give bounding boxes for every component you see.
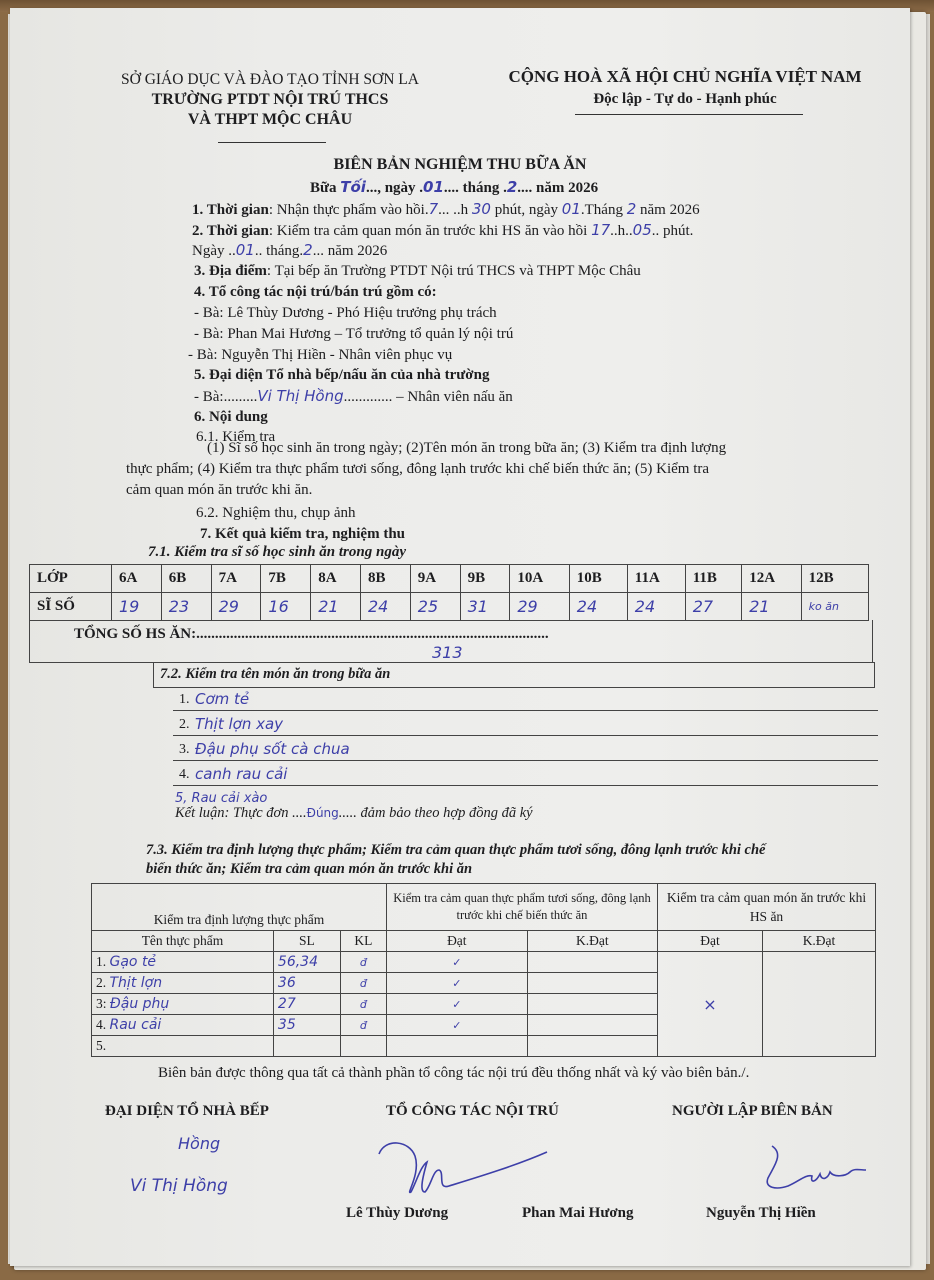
food-name-cell: 2. Thịt lợn — [92, 973, 274, 994]
t73-sub-header: Tên thực phẩm SL KL Đạt K.Đạt Đạt K.Đạt — [92, 931, 876, 952]
fresh-pass-mark — [387, 1036, 528, 1057]
class-name-cell: 6B — [161, 565, 211, 593]
class-row-label: LỚP — [30, 565, 112, 593]
group-fresh-header: Kiểm tra cảm quan thực phẩm tươi sống, đ… — [387, 884, 658, 931]
dish-number: 1. — [179, 692, 190, 708]
dish-number: 4. — [179, 767, 190, 783]
section-7-2-title: 7.2. Kiểm tra tên món ăn trong bữa ăn — [160, 666, 390, 683]
school-name-line2: VÀ THPT MỘC CHÂU — [120, 110, 420, 130]
food-number: 5. — [96, 1038, 106, 1053]
kitchen-sign-title: ĐẠI DIỆN TỔ NHÀ BẾP — [105, 1103, 269, 1120]
author-signature — [750, 1140, 870, 1195]
member-1: - Bà: Lê Thùy Dương - Phó Hiệu trưởng ph… — [194, 304, 497, 323]
meal-pass-mark: × — [658, 952, 763, 1057]
class-name-cell: 11A — [627, 565, 685, 593]
section-7-3-title-line2: biến thức ăn; Kiểm tra cảm quan món ăn t… — [146, 861, 472, 878]
dish-name: canh rau cải — [195, 765, 287, 783]
section-2-label: 2. Thời gian — [192, 223, 269, 239]
location-text: : Tại bếp ăn Trường PTDT Nội trú THCS và… — [267, 263, 641, 279]
check-minute: 05 — [633, 221, 652, 239]
class-count-cell: 21 — [311, 593, 361, 621]
class-name-cell: 10A — [510, 565, 569, 593]
class-count-cell: ko ăn — [801, 593, 868, 621]
class-count-table: LỚP 6A6B7A7B8A8B9A9B10A10B11A11B12A12B S… — [29, 564, 869, 621]
food-sl: 35 — [273, 1015, 340, 1036]
section-6-2: 6.2. Nghiệm thu, chụp ảnh — [196, 504, 356, 523]
food-inspection-table: Kiểm tra định lượng thực phẩm Kiểm tra c… — [91, 883, 876, 1057]
kitchen-signature: Hồng — [178, 1134, 220, 1153]
total-students-box: TỔNG SỐ HS ĂN:..........................… — [29, 620, 873, 663]
food-sl: 56,34 — [273, 952, 340, 973]
class-name-cell: 9A — [410, 565, 460, 593]
section-1-label: 1. Thời gian — [192, 202, 269, 218]
dish-number: 3. — [179, 742, 190, 758]
meal-label: Bữa — [310, 180, 337, 196]
dish-name: Đậu phụ sốt cà chua — [195, 740, 350, 758]
meal-date-line: Bữa Tối..., ngày .01.... tháng .2.... nă… — [310, 178, 598, 197]
receive-month: 2 — [627, 200, 637, 218]
conclusion-value: Đúng — [307, 806, 339, 820]
extra-dish: 5, Rau cải xào — [175, 791, 267, 806]
food-row: 1. Gạo tẻ56,34đ✓× — [92, 952, 876, 973]
day-value: 01 — [423, 178, 444, 196]
col-meal-pass: Đạt — [658, 931, 763, 952]
t73-group-header: Kiểm tra định lượng thực phẩm Kiểm tra c… — [92, 884, 876, 931]
col-kl: KL — [340, 931, 386, 952]
author-name: Nguyễn Thị Hiền — [706, 1205, 816, 1222]
section-4-label: 4. Tổ công tác nội trú/bán trú gồm có: — [194, 283, 437, 302]
section-5-label: 5. Đại diện Tổ nhà bếp/nấu ăn của nhà tr… — [194, 366, 489, 385]
committee-sign-title: TỔ CÔNG TÁC NỘI TRÚ — [386, 1103, 559, 1120]
food-kl: đ — [340, 973, 386, 994]
closing-statement: Biên bản được thông qua tất cả thành phầ… — [158, 1064, 749, 1083]
class-row: LỚP 6A6B7A7B8A8B9A9B10A10B11A11B12A12B — [30, 565, 869, 593]
dish-number: 2. — [179, 717, 190, 733]
nation-motto: Độc lập - Tự do - Hạnh phúc — [495, 88, 875, 110]
section-2-check-time: 2. Thời gian: Kiểm tra cảm quan món ăn t… — [192, 221, 693, 241]
member-3: - Bà: Nguyễn Thị Hiền - Nhân viên phục v… — [188, 346, 452, 365]
food-name-cell: 1. Gạo tẻ — [92, 952, 274, 973]
meal-fail-mark — [763, 952, 876, 1057]
check-hour: 17 — [591, 221, 610, 239]
header-right-underline — [575, 114, 803, 115]
fresh-fail-mark — [527, 952, 657, 973]
committee-name-2: Phan Mai Hương — [522, 1205, 634, 1222]
section-2-text: ... năm 2026 — [313, 243, 388, 259]
kitchen-rep-name: Vi Thị Hồng — [257, 387, 343, 405]
col-fresh-pass: Đạt — [387, 931, 528, 952]
class-count-cell: 16 — [261, 593, 311, 621]
section-2-text: .. tháng. — [255, 243, 303, 259]
day-label: ..., ngày . — [366, 180, 423, 196]
food-kl — [340, 1036, 386, 1057]
food-number: 1. — [96, 954, 106, 969]
food-sl — [273, 1036, 340, 1057]
food-number: 3: — [96, 996, 107, 1011]
class-count-cell: 24 — [627, 593, 685, 621]
col-meal-fail: K.Đạt — [763, 931, 876, 952]
count-row: SĨ SỐ 19232916212425312924242721ko ăn — [30, 593, 869, 621]
food-sl: 27 — [273, 994, 340, 1015]
class-name-cell: 11B — [685, 565, 742, 593]
section-7-3-title-line1: 7.3. Kiểm tra định lượng thực phẩm; Kiểm… — [146, 842, 766, 859]
section-7-1-title: 7.1. Kiểm tra sĩ số học sinh ăn trong ng… — [148, 543, 406, 562]
class-name-cell: 10B — [569, 565, 627, 593]
receive-hour: 7 — [429, 200, 439, 218]
conclusion-suffix: ..... đảm bảo theo hợp đồng đã ký — [339, 805, 533, 821]
receive-day: 01 — [562, 200, 581, 218]
class-count-cell: 29 — [211, 593, 261, 621]
dish-name: Cơm tẻ — [195, 690, 249, 708]
committee-signature — [375, 1136, 555, 1206]
month-value: 2 — [507, 178, 517, 196]
kitchen-rep-prefix: - Bà:......... — [194, 389, 257, 405]
section-3-location: 3. Địa điểm: Tại bếp ăn Trường PTDT Nội … — [194, 262, 641, 281]
fresh-fail-mark — [527, 994, 657, 1015]
menu-conclusion: Kết luận: Thực đơn ....Đúng..... đảm bảo… — [175, 805, 533, 822]
col-sl: SL — [273, 931, 340, 952]
class-name-cell: 9B — [460, 565, 510, 593]
food-name: Rau cải — [110, 1017, 162, 1033]
class-count-cell: 24 — [360, 593, 410, 621]
header-school: SỞ GIÁO DỤC VÀ ĐÀO TẠO TỈNH SƠN LA TRƯỜN… — [120, 70, 420, 130]
department-name: SỞ GIÁO DỤC VÀ ĐÀO TẠO TỈNH SƠN LA — [120, 70, 420, 90]
class-count-cell: 21 — [742, 593, 801, 621]
section-2-date: Ngày ..01.. tháng.2... năm 2026 — [192, 241, 387, 261]
food-name-cell: 4. Rau cải — [92, 1015, 274, 1036]
class-count-cell: 27 — [685, 593, 742, 621]
section-6-para-line2: thực phẩm; (4) Kiểm tra thực phẩm tươi s… — [126, 460, 709, 479]
section-1-text: năm 2026 — [636, 202, 699, 218]
section-7-label: 7. Kết quả kiểm tra, nghiệm thu — [200, 525, 405, 544]
class-count-cell: 25 — [410, 593, 460, 621]
food-name: Gạo tẻ — [110, 954, 157, 970]
class-name-cell: 7B — [261, 565, 311, 593]
fresh-pass-mark: ✓ — [387, 973, 528, 994]
class-name-cell: 8A — [311, 565, 361, 593]
food-kl: đ — [340, 1015, 386, 1036]
kitchen-rep-suffix: ............. – Nhân viên nấu ăn — [344, 389, 513, 405]
dish-name: Thịt lợn xay — [195, 715, 283, 733]
month-label: .... tháng . — [444, 180, 507, 196]
document-title: BIÊN BẢN NGHIỆM THU BỮA ĂN — [10, 156, 910, 174]
col-fresh-fail: K.Đạt — [527, 931, 657, 952]
section-1-text: .Tháng — [581, 202, 627, 218]
total-label: TỔNG SỐ HS ĂN:..........................… — [74, 626, 549, 643]
section-3-label: 3. Địa điểm — [194, 263, 267, 279]
fresh-fail-mark — [527, 1036, 657, 1057]
dish-item: 4.canh rau cải — [173, 763, 878, 786]
conclusion-prefix: Kết luận: Thực đơn .... — [175, 805, 307, 821]
section-1-text: ... ..h — [438, 202, 468, 218]
fresh-fail-mark — [527, 1015, 657, 1036]
col-food-name: Tên thực phẩm — [92, 931, 274, 952]
count-row-label: SĨ SỐ — [30, 593, 112, 621]
class-name-cell: 8B — [360, 565, 410, 593]
fresh-pass-mark: ✓ — [387, 1015, 528, 1036]
class-name-cell: 12A — [742, 565, 801, 593]
food-number: 2. — [96, 975, 106, 990]
class-name-cell: 12B — [801, 565, 868, 593]
food-kl: đ — [340, 994, 386, 1015]
year-label: .... năm 2026 — [517, 180, 598, 196]
nation-name: CỘNG HOÀ XÃ HỘI CHỦ NGHĨA VIỆT NAM — [495, 66, 875, 88]
total-value: 313 — [432, 643, 463, 662]
class-count-cell: 31 — [460, 593, 510, 621]
section-2-text: : Kiểm tra cảm quan món ăn trước khi HS … — [269, 223, 591, 239]
food-number: 4. — [96, 1017, 106, 1032]
class-name-cell: 6A — [112, 565, 162, 593]
dish-item: 2.Thịt lợn xay — [173, 713, 878, 736]
group-meal-header: Kiểm tra cảm quan món ăn trước khi HS ăn — [658, 884, 876, 931]
food-sl: 36 — [273, 973, 340, 994]
section-6-para-line1: (1) Sĩ số học sinh ăn trong ngày; (2)Tên… — [207, 439, 726, 458]
food-kl: đ — [340, 952, 386, 973]
dish-item: 1.Cơm tẻ — [173, 688, 878, 711]
check-month: 2 — [303, 241, 313, 259]
kitchen-handwritten-name: Vi Thị Hồng — [130, 1176, 228, 1196]
food-name-cell: 3: Đậu phụ — [92, 994, 274, 1015]
section-7-2-header: 7.2. Kiểm tra tên món ăn trong bữa ăn — [153, 662, 875, 688]
receive-minute: 30 — [472, 200, 491, 218]
class-count-cell: 23 — [161, 593, 211, 621]
header-left-underline — [218, 142, 326, 143]
member-2: - Bà: Phan Mai Hương – Tổ trưởng tổ quản… — [194, 325, 513, 344]
school-name-line1: TRƯỜNG PTDT NỘI TRÚ THCS — [120, 90, 420, 110]
food-name-cell: 5. — [92, 1036, 274, 1057]
meal-value: Tối — [340, 178, 366, 196]
section-1-text: : Nhận thực phẩm vào hồi. — [269, 202, 429, 218]
committee-name-1: Lê Thùy Dương — [346, 1205, 448, 1222]
food-name: Đậu phụ — [110, 996, 169, 1012]
kitchen-representative: - Bà:.........Vi Thị Hồng............. –… — [194, 387, 513, 407]
fresh-pass-mark: ✓ — [387, 994, 528, 1015]
section-6-para-line3: cảm quan món ăn trước khi ăn. — [126, 481, 312, 500]
section-1-text: phút, ngày — [491, 202, 562, 218]
dish-item: 3.Đậu phụ sốt cà chua — [173, 738, 878, 761]
class-name-cell: 7A — [211, 565, 261, 593]
section-2-text: ..h.. — [610, 223, 633, 239]
class-count-cell: 24 — [569, 593, 627, 621]
section-1-receive-time: 1. Thời gian: Nhận thực phẩm vào hồi.7..… — [192, 200, 700, 220]
class-count-cell: 29 — [510, 593, 569, 621]
group-quantity-header: Kiểm tra định lượng thực phẩm — [92, 884, 387, 931]
document-page: SỞ GIÁO DỤC VÀ ĐÀO TẠO TỈNH SƠN LA TRƯỜN… — [10, 8, 910, 1266]
fresh-pass-mark: ✓ — [387, 952, 528, 973]
section-2-text: .. phút. — [652, 223, 694, 239]
fresh-fail-mark — [527, 973, 657, 994]
section-2-text: Ngày .. — [192, 243, 236, 259]
food-name: Thịt lợn — [110, 975, 163, 991]
class-count-cell: 19 — [112, 593, 162, 621]
author-sign-title: NGƯỜI LẬP BIÊN BẢN — [672, 1103, 833, 1120]
header-nation: CỘNG HOÀ XÃ HỘI CHỦ NGHĨA VIỆT NAM Độc l… — [495, 66, 875, 110]
section-6-label: 6. Nội dung — [194, 408, 268, 427]
check-day: 01 — [236, 241, 255, 259]
